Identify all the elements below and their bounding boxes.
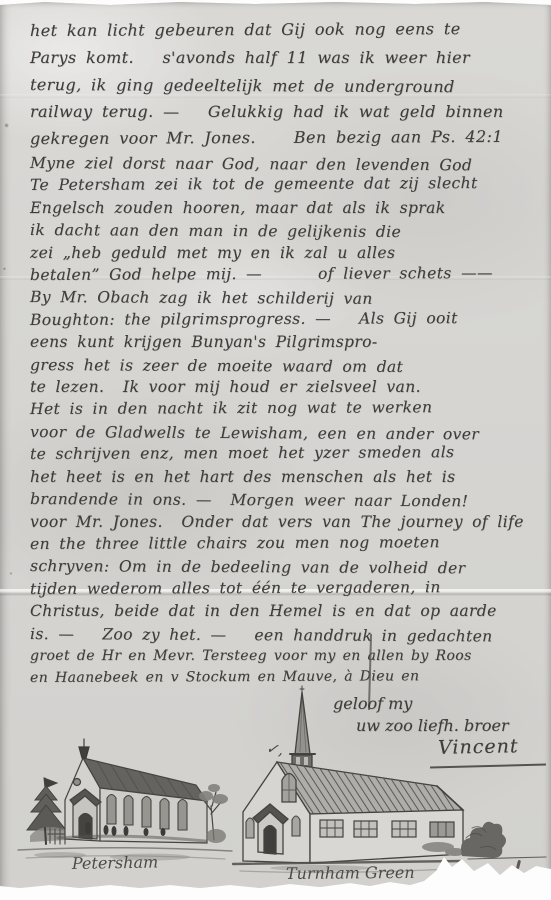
turnham-green-label: Turnham Green xyxy=(286,863,415,883)
letter-line: betalen” God helpe mij. — of liever sche… xyxy=(30,262,535,287)
letter-line: terug, ik ging gedeeltelijk met de under… xyxy=(30,71,535,101)
letter-line: Te Petersham zei ik tot de gemeente dat … xyxy=(30,172,535,197)
letter-line: gress het is zeer de moeite waard om dat xyxy=(30,354,535,379)
letter-line: te schrijven enz, men moet het yzer smed… xyxy=(30,441,535,466)
round-window xyxy=(74,779,81,786)
petersham-label: Petersham xyxy=(71,852,159,873)
letter-line: en the three little chairs zou men nog m… xyxy=(30,531,535,556)
letter-line: Engelsch zouden hooren, maar dat als ik … xyxy=(30,197,535,219)
letter-line: voor Mr. Jones. Onder dat vers van The j… xyxy=(30,511,535,533)
letter-line: te lezen. Ik voor mij houd er zielsveel … xyxy=(30,376,535,398)
spire xyxy=(290,686,315,767)
letter-line: is. — Zoo zy het. — een handdruk in geda… xyxy=(30,623,535,648)
letter-line: ik dacht aan den man in de gelijkenis di… xyxy=(30,219,535,244)
letter-line: Parys komt. s'avonds half 11 was ik weer… xyxy=(30,44,535,71)
letter-scan: het kan licht gebeuren dat Gij ook nog e… xyxy=(0,0,551,900)
letter-line: Christus, beide dat in den Hemel is en d… xyxy=(30,600,535,622)
letter-line: gekregen voor Mr. Jones. Ben bezig aan P… xyxy=(30,123,535,152)
letter-line: groet de Hr en Mevr. Tersteeg voor my en… xyxy=(30,645,535,667)
churches-sketch: Petersham xyxy=(0,678,551,896)
letter-line: tijden wederom alles tot één te vergader… xyxy=(30,576,535,601)
letter-body: het kan licht gebeuren dat Gij ook nog e… xyxy=(30,17,535,690)
bell-finial xyxy=(79,739,89,758)
letter-line: Het is in den nacht ik zit nog wat te we… xyxy=(30,396,535,421)
letter-line: zei „heb geduld met my en ik zal u alles xyxy=(30,242,535,264)
letter-line: railway terug. — Gelukkig had ik wat gel… xyxy=(30,98,535,125)
letter-line: brandende in ons. — Morgen weer naar Lon… xyxy=(30,488,535,513)
turnham-green-church-sketch: Turnham Green xyxy=(233,686,546,883)
letter-line: Boughton: the pilgrimsprogress. — Als Gi… xyxy=(30,307,535,332)
letter-paper: het kan licht gebeuren dat Gij ook nog e… xyxy=(0,0,551,896)
letter-line: eens kunt krijgen Bunyan's Pilgrimspro- xyxy=(30,331,535,353)
petersham-church-sketch: Petersham xyxy=(18,739,232,873)
letter-line: het kan licht gebeuren dat Gij ook nog e… xyxy=(30,15,535,44)
letter-line: het heet is en het hart des menschen als… xyxy=(30,466,535,488)
